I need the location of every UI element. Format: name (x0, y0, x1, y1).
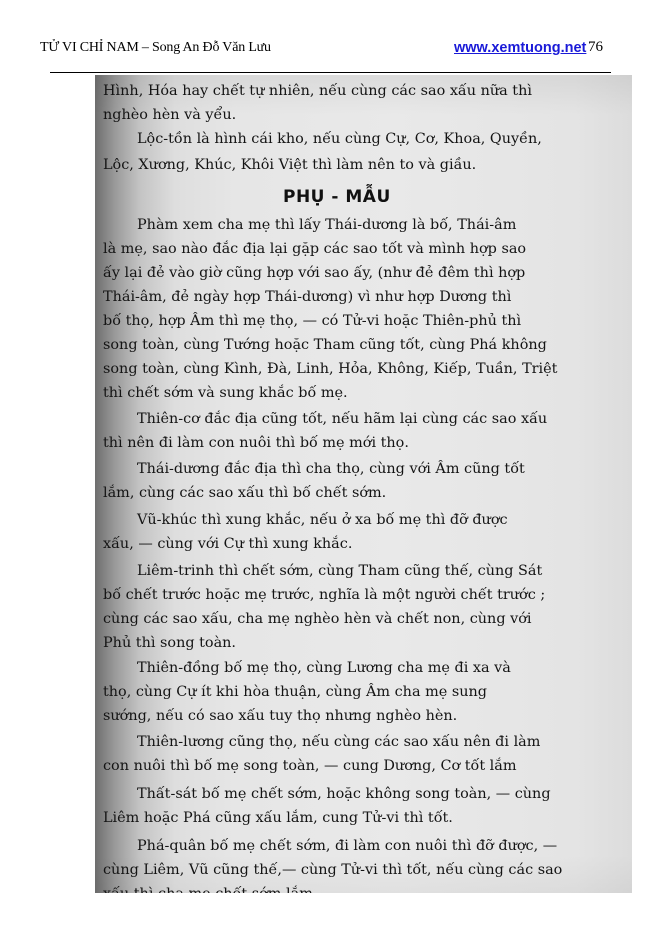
text-line: Thái-âm, đẻ ngày hợp Thái-dương) vì như … (103, 289, 511, 305)
text-line: song toàn, cùng Kình, Đà, Linh, Hỏa, Khô… (103, 361, 557, 377)
text-line: Hình, Hóa hay chết tự nhiên, nếu cùng cá… (103, 83, 532, 99)
book-title: TỬ VI CHỈ NAM – Song An Đỗ Văn Lưu (40, 40, 271, 56)
text-line: lắm, cùng các sao xấu thì bố chết sớm. (103, 485, 386, 501)
text-line: ấy lại đẻ vào giờ cũng hợp với sao ấy, (… (103, 265, 525, 281)
text-line: Lộc-tồn là hình cái kho, nếu cùng Cự, Cơ… (137, 131, 542, 147)
text-line: Liêm hoặc Phá cũng xấu lắm, cung Tử-vi t… (103, 810, 453, 826)
text-line: con nuôi thì bố mẹ song toàn, — cung Dươ… (103, 758, 517, 774)
text-line: thì nên đi làm con nuôi thì bố mẹ mới th… (103, 435, 409, 451)
text-line: thì chết sớm và sung khắc bố mẹ. (103, 385, 348, 401)
text-line: Liêm-trinh thì chết sớm, cùng Tham cũng … (137, 563, 542, 579)
text-line: sướng, nếu có sao xấu tuy thọ nhưng nghè… (103, 708, 457, 724)
text-line: Phủ thì song toàn. (103, 635, 236, 651)
text-line: Thiên-cơ đắc địa cũng tốt, nếu hãm lại c… (137, 411, 547, 427)
text-line: bố chết trước hoặc mẹ trước, nghĩa là mộ… (103, 587, 545, 603)
text-line: xấu, — cùng với Cự thì xung khắc. (103, 536, 352, 552)
text-line: Phá-quân bố mẹ chết sớm, đi làm con nuôi… (137, 838, 557, 854)
text-line: cùng các sao xấu, cha mẹ nghèo hèn và ch… (103, 611, 532, 627)
text-line: Thiên-đồng bố mẹ thọ, cùng Lương cha mẹ … (137, 660, 511, 676)
scanned-page-image: Hình, Hóa hay chết tự nhiên, nếu cùng cá… (95, 75, 632, 893)
text-line: Thất-sát bố mẹ chết sớm, hoặc không song… (137, 786, 551, 802)
text-line: thọ, cùng Cự ít khi hòa thuận, cùng Âm c… (103, 684, 487, 700)
text-line: là mẹ, sao nào đắc địa lại gặp các sao t… (103, 241, 526, 257)
text-line: Vũ-khúc thì xung khắc, nếu ở xa bố mẹ th… (137, 512, 508, 528)
text-line: xấu thì cha mẹ chết sớm lắm. (103, 886, 317, 893)
text-line: Phàm xem cha mẹ thì lấy Thái-dương là bố… (137, 217, 516, 233)
text-line: cùng Liêm, Vũ cũng thế,— cùng Tử-vi thì … (103, 862, 562, 878)
section-heading: PHỤ - MẪU (283, 187, 391, 207)
text-line: bố thọ, hợp Âm thì mẹ thọ, — có Tử-vi ho… (103, 313, 521, 329)
website-link[interactable]: www.xemtuong.net (454, 40, 586, 56)
text-line: song toàn, cùng Tướng hoặc Tham cũng tốt… (103, 337, 547, 353)
page-number: 76 (588, 39, 603, 56)
page-header: TỬ VI CHỈ NAM – Song An Đỗ Văn Lưu www.x… (40, 38, 620, 60)
text-line: Lộc, Xương, Khúc, Khôi Việt thì làm nên … (103, 157, 476, 173)
text-line: Thái-dương đắc địa thì cha thọ, cùng với… (137, 461, 525, 477)
header-divider (50, 72, 611, 73)
text-line: nghèo hèn và yểu. (103, 107, 236, 123)
text-line: Thiên-lương cũng thọ, nếu cùng các sao x… (137, 734, 540, 750)
